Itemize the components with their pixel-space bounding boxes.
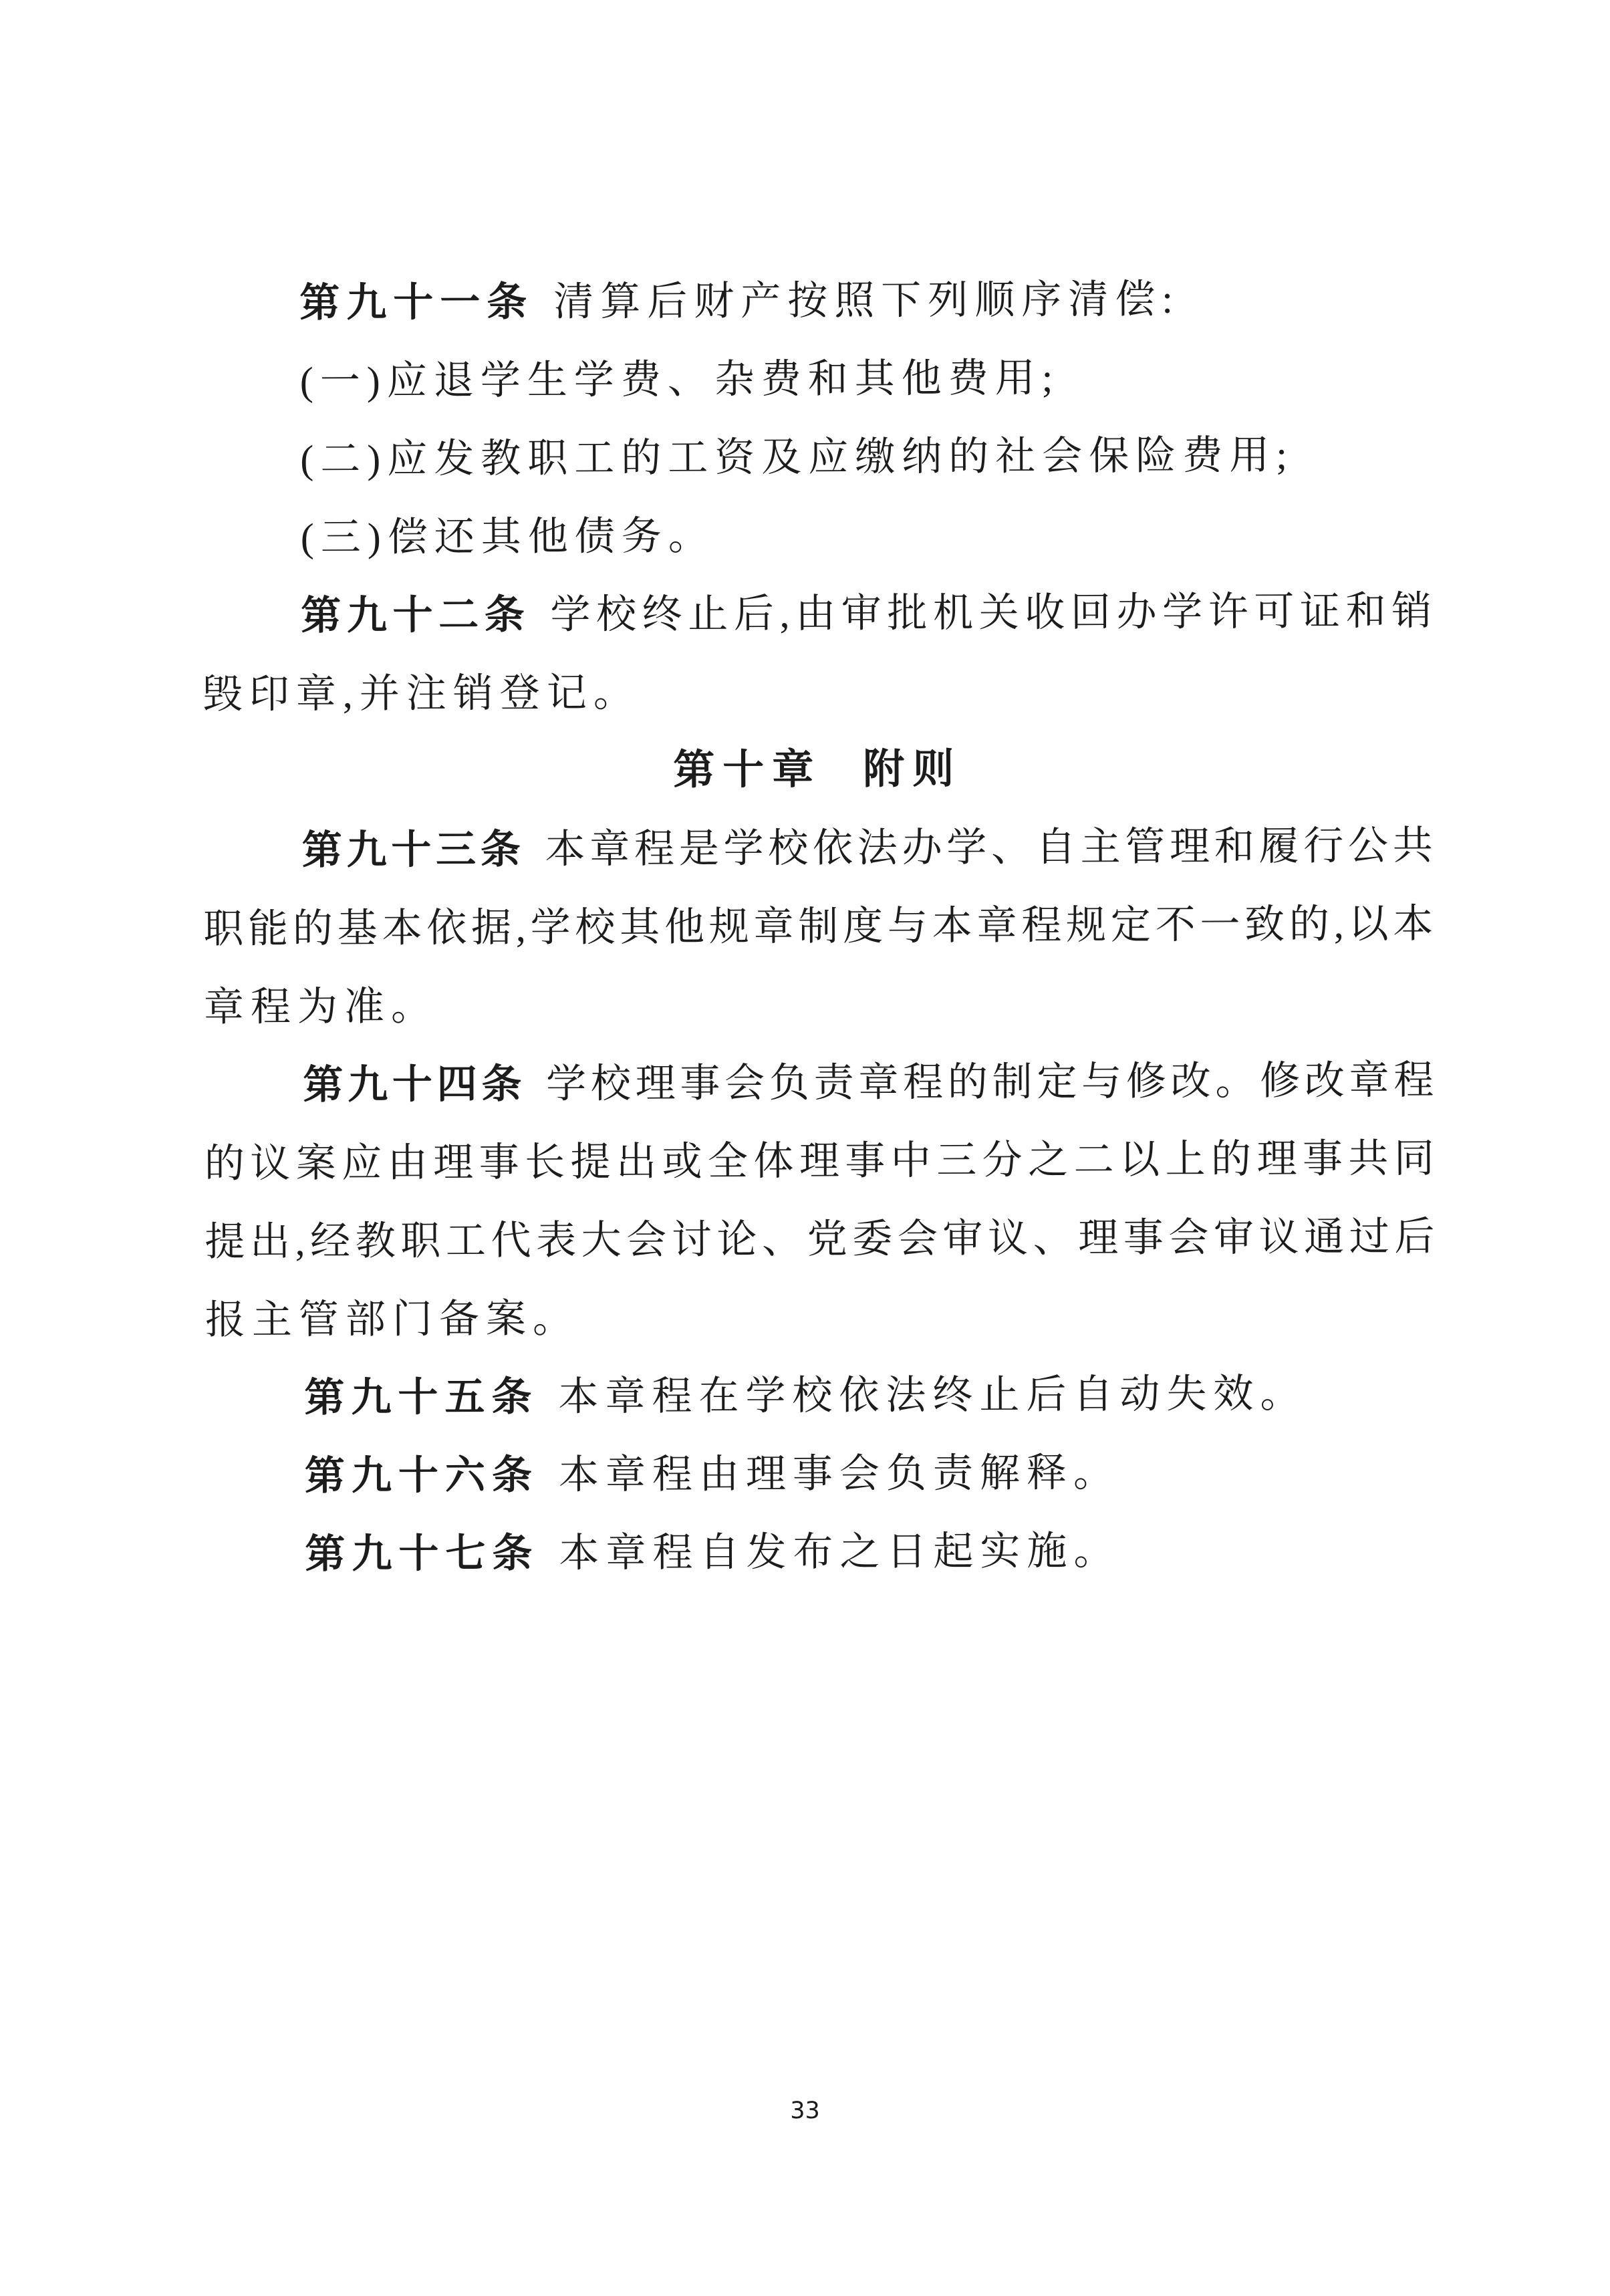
article-line: 第九十七条本章程自发布之日起实施。 bbox=[206, 1511, 1436, 1594]
text-line: 提出,经教职工代表大会讨论、党委会审议、理事会审议通过后 bbox=[205, 1198, 1434, 1281]
article-number: 第九十四条 bbox=[303, 1062, 526, 1107]
line-text: 的议案应由理事长提出或全体理事中三分之二以上的理事共同 bbox=[205, 1136, 1434, 1186]
line-text: (三)偿还其他债务。 bbox=[301, 514, 715, 560]
article-line: 第九十六条本章程由理事会负责解释。 bbox=[206, 1432, 1436, 1516]
article-line: 第九十一条清算后财产按照下列顺序清偿: bbox=[200, 259, 1430, 343]
text-line: 报主管部门备案。 bbox=[205, 1276, 1435, 1360]
line-text: 学校终止后,由审批机关收回办学许可证和销 bbox=[550, 589, 1432, 637]
line-text: 章程为准。 bbox=[204, 984, 438, 1029]
line-text: 本章程自发布之日起实施。 bbox=[559, 1529, 1120, 1575]
text-line: 章程为准。 bbox=[204, 963, 1434, 1047]
line-text: 职能的基本依据,学校其他规章制度与本章程规定不一致的,以本 bbox=[203, 902, 1433, 951]
text-line: (二)应发教职工的工资及应缴纳的社会保险费用; bbox=[201, 416, 1431, 499]
line-text: 报主管部门备案。 bbox=[205, 1297, 579, 1342]
chapter-heading: 第十章附则 bbox=[203, 729, 1432, 812]
line-text: 本章程在学校依法终止后自动失效。 bbox=[558, 1372, 1307, 1419]
page-number: 33 bbox=[0, 2097, 1610, 2124]
article-line: 第九十三条本章程是学校依法办学、自主管理和履行公共 bbox=[203, 807, 1433, 890]
line-text: (一)应退学生学费、杂费和其他费用; bbox=[300, 356, 1060, 403]
text-line: 的议案应由理事长提出或全体理事中三分之二以上的理事共同 bbox=[205, 1120, 1434, 1203]
line-text: 本章程是学校依法办学、自主管理和履行公共 bbox=[545, 823, 1433, 872]
document-body: 第九十一条清算后财产按照下列顺序清偿:(一)应退学生学费、杂费和其他费用;(二)… bbox=[200, 259, 1436, 1594]
article-number: 第九十三条 bbox=[302, 827, 525, 872]
text-line: (三)偿还其他债务。 bbox=[202, 494, 1432, 578]
chapter-title: 附则 bbox=[863, 747, 962, 793]
article-line: 第九十二条学校终止后,由审批机关收回办学许可证和销 bbox=[202, 572, 1432, 656]
article-number: 第九十七条 bbox=[305, 1531, 539, 1577]
article-line: 第九十四条学校理事会负责章程的制定与修改。修改章程 bbox=[204, 1041, 1434, 1125]
article-number: 第九十一条 bbox=[299, 280, 533, 326]
article-number: 第九十六条 bbox=[305, 1453, 539, 1499]
line-text: 清算后财产按照下列顺序清偿: bbox=[553, 277, 1180, 324]
article-line: 第九十五条本章程在学校依法终止后自动失效。 bbox=[205, 1354, 1435, 1438]
article-number: 第九十五条 bbox=[304, 1375, 538, 1420]
text-line: 毁印章,并注销登记。 bbox=[203, 650, 1432, 734]
document-page: 第九十一条清算后财产按照下列顺序清偿:(一)应退学生学费、杂费和其他费用;(二)… bbox=[0, 0, 1610, 2296]
text-line: (一)应退学生学费、杂费和其他费用; bbox=[201, 338, 1431, 421]
text-line: 职能的基本依据,学校其他规章制度与本章程规定不一致的,以本 bbox=[203, 885, 1433, 969]
line-text: 本章程由理事会负责解释。 bbox=[559, 1450, 1120, 1497]
line-text: (二)应发教职工的工资及应缴纳的社会保险费用; bbox=[300, 433, 1294, 481]
article-number: 第九十二条 bbox=[301, 593, 530, 638]
line-text: 毁印章,并注销登记。 bbox=[203, 670, 640, 717]
line-text: 提出,经教职工代表大会讨论、党委会审议、理事会审议通过后 bbox=[205, 1215, 1434, 1264]
chapter-label: 第十章 bbox=[673, 747, 821, 793]
line-text: 学校理事会负责章程的制定与修改。修改章程 bbox=[546, 1058, 1434, 1106]
